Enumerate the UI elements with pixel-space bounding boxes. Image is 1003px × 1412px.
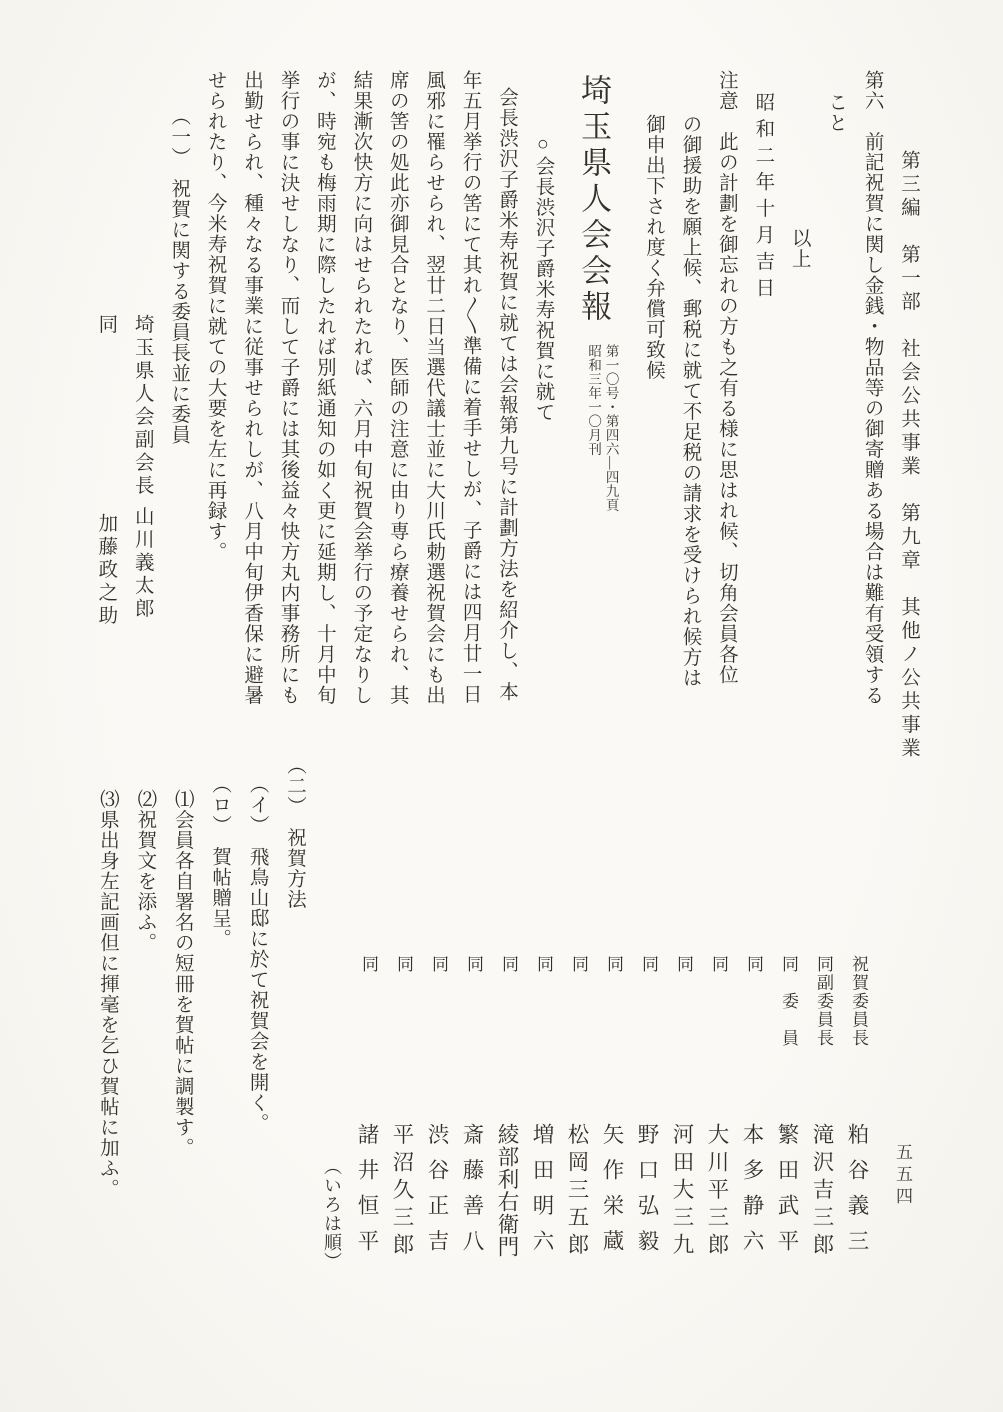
body-line: 風邪に罹らせられ、翌廿二日当選代議士並に大川氏勅選祝賀会にも出 bbox=[422, 70, 444, 718]
officer-role: 埼玉県人会副会長 bbox=[132, 314, 153, 498]
letter-date: 昭和二年十月吉日 bbox=[751, 70, 773, 718]
bulletin-issue-pages: 第一〇号・第四六―四九頁 bbox=[602, 344, 620, 512]
committee-member: 同 委 員 繁田武平 bbox=[776, 753, 799, 1298]
member-name: 本多静六 bbox=[739, 1123, 764, 1265]
closing-mark: 以上 bbox=[787, 70, 809, 718]
committee-member: 同 増田明六 bbox=[531, 753, 554, 1298]
bulletin-issue-info: 第一〇号・第四六―四九頁 昭和三年一〇月刊 bbox=[585, 344, 620, 512]
page-number: 五五四 bbox=[890, 1143, 915, 1209]
committee-member: 同 河田大三九 bbox=[671, 753, 694, 1298]
committee-member: 同 綾部利右衛門 bbox=[496, 753, 519, 1298]
officer-column: 埼玉県人会副会長山川義太郎 bbox=[130, 70, 152, 718]
running-header: 第三編 第一部 社会公共事業 第九章 其他ノ公共事業 bbox=[897, 70, 919, 718]
member-role: 同 bbox=[638, 955, 658, 974]
iroha-order-note: （いろは順） bbox=[321, 1157, 342, 1271]
committee-member: 同 平沼久三郎 bbox=[391, 753, 414, 1298]
member-role: 同 委 員 bbox=[778, 955, 798, 1048]
bulletin-title: 埼玉県人会会報 bbox=[576, 74, 611, 326]
committee-member: 同 矢作栄蔵 bbox=[601, 753, 624, 1298]
vertical-spacer bbox=[141, 498, 142, 506]
body-line: 席の筈の処此亦御見合となり、医師の注意に由り専ら療養せられ、其 bbox=[385, 70, 407, 718]
vertical-spacer bbox=[105, 337, 106, 513]
member-role: 同 bbox=[393, 955, 413, 974]
body-line: 挙行の事に決せしなり、而して子爵には其後益々快方丸内事務所にも bbox=[276, 70, 298, 718]
member-role: 同 bbox=[708, 955, 728, 974]
member-name: 渋谷正吉 bbox=[424, 1123, 449, 1265]
section-one-heading: （一） 祝賀に関する委員長並に委員 bbox=[167, 70, 189, 718]
member-name: 繁田武平 bbox=[774, 1123, 799, 1265]
member-role: 同 bbox=[568, 955, 588, 974]
method-sub-item: ⑵祝賀文を添ふ。 bbox=[133, 753, 155, 1301]
member-role: 同 bbox=[673, 955, 693, 974]
officer-name: 加藤政之助 bbox=[95, 513, 116, 628]
bulletin-issue-date: 昭和三年一〇月刊 bbox=[585, 344, 603, 512]
member-role: 同 bbox=[358, 955, 378, 974]
method-item: （ロ） 賀帖贈呈。 bbox=[208, 753, 230, 1301]
committee-member: 同 本多静六 bbox=[741, 753, 764, 1298]
notice-item6-line1: 第六 前記祝賀に関し金銭・物品等の御寄贈ある場合は難有受領する bbox=[860, 70, 882, 718]
member-role: 同 bbox=[533, 955, 553, 974]
body-line: が、時宛も梅雨期に際したれば別紙通知の如く更に延期し、十月中旬 bbox=[312, 70, 334, 718]
member-role: 祝賀委員長 bbox=[848, 955, 868, 1048]
notice-item6-line2: こと bbox=[824, 70, 846, 718]
body-line: せられたり、今米寿祝賀に就ての大要を左に再録す。 bbox=[203, 70, 225, 718]
scanned-book-page: 第三編 第一部 社会公共事業 第九章 其他ノ公共事業 第六 前記祝賀に関し金銭・… bbox=[0, 0, 1003, 1412]
caution-line1: 注意 此の計劃を御忘れの方も之有る様に思はれ候、切角会員各位 bbox=[714, 70, 736, 718]
member-name: 増田明六 bbox=[529, 1123, 554, 1265]
body-line: 出勤せられ、種々なる事業に従事せられしが、八月中旬伊香保に避暑 bbox=[240, 70, 262, 718]
body-line: 会長渋沢子爵米寿祝賀に就ては会報第九号に計劃方法を紹介し、本 bbox=[495, 70, 517, 718]
member-name: 綾部利右衛門 bbox=[494, 1123, 519, 1258]
member-role: 同 bbox=[463, 955, 483, 974]
member-name: 野口弘毅 bbox=[634, 1123, 659, 1265]
officer-name: 山川義太郎 bbox=[132, 506, 153, 621]
member-role: 同 bbox=[498, 955, 518, 974]
committee-member: 祝賀委員長 粕谷義三 bbox=[846, 753, 869, 1298]
section-two-heading: （二） 祝賀方法 bbox=[283, 753, 305, 1301]
member-role: 同 bbox=[428, 955, 448, 974]
caution-line3: 御申出下され度く弁償可致候 bbox=[642, 70, 664, 718]
member-name: 平沼久三郎 bbox=[389, 1123, 414, 1261]
officer-column: 同加藤政之助 bbox=[94, 70, 116, 718]
article-title: ○会長渋沢子爵米寿祝賀に就て bbox=[531, 70, 553, 718]
method-item: （イ） 飛鳥山邸に於て祝賀会を開く。 bbox=[245, 753, 267, 1301]
committee-member: 同 野口弘毅 bbox=[636, 753, 659, 1298]
committee-member: 同 大川平三郎 bbox=[706, 753, 729, 1298]
method-sub-item: ⑶県出身左記画但に揮毫を乞ひ賀帖に加ふ。 bbox=[95, 753, 117, 1301]
bottom-text-block: 祝賀委員長 粕谷義三 同副委員長 滝沢吉三郎 同 委 員 繁田武平 同 本多静六… bbox=[80, 753, 869, 1301]
member-name: 松岡三五郎 bbox=[564, 1123, 589, 1261]
body-line: 結果漸次快方に向はせられたれば、六月中旬祝賀会挙行の予定なりし bbox=[349, 70, 371, 718]
body-line: 年五月挙行の筈にて其れ〱準備に着手せしが、子爵には四月廿一日 bbox=[458, 70, 480, 718]
member-role: 同 bbox=[603, 955, 623, 974]
member-name: 大川平三郎 bbox=[704, 1123, 729, 1261]
member-name: 河田大三九 bbox=[669, 1123, 694, 1261]
iroha-order-note-column: （いろは順） bbox=[321, 753, 344, 1298]
officer-role: 同 bbox=[95, 314, 116, 337]
member-name: 諸井恒平 bbox=[354, 1123, 379, 1265]
member-role: 同 bbox=[743, 955, 763, 974]
method-sub-item: ⑴会員各自署名の短冊を賀帖に調製す。 bbox=[170, 753, 192, 1301]
caution-line2: の御援助を願上候、郵税に就て不足税の請求を受けられ候方は bbox=[678, 70, 700, 718]
member-name: 粕谷義三 bbox=[844, 1123, 869, 1265]
member-name: 滝沢吉三郎 bbox=[809, 1123, 834, 1261]
committee-member: 同 斎藤善八 bbox=[461, 753, 484, 1298]
top-text-block: 第三編 第一部 社会公共事業 第九章 其他ノ公共事業 第六 前記祝賀に関し金銭・… bbox=[80, 70, 919, 718]
committee-member: 同副委員長 滝沢吉三郎 bbox=[811, 753, 834, 1298]
bulletin-title-column: 埼玉県人会会報 第一〇号・第四六―四九頁 昭和三年一〇月刊 bbox=[575, 70, 619, 718]
committee-member: 同 諸井恒平 bbox=[356, 753, 379, 1298]
member-name: 斎藤善八 bbox=[459, 1123, 484, 1265]
committee-member: 同 松岡三五郎 bbox=[566, 753, 589, 1298]
member-name: 矢作栄蔵 bbox=[599, 1123, 624, 1265]
committee-member: 同 渋谷正吉 bbox=[426, 753, 449, 1298]
member-role: 同副委員長 bbox=[813, 955, 833, 1048]
